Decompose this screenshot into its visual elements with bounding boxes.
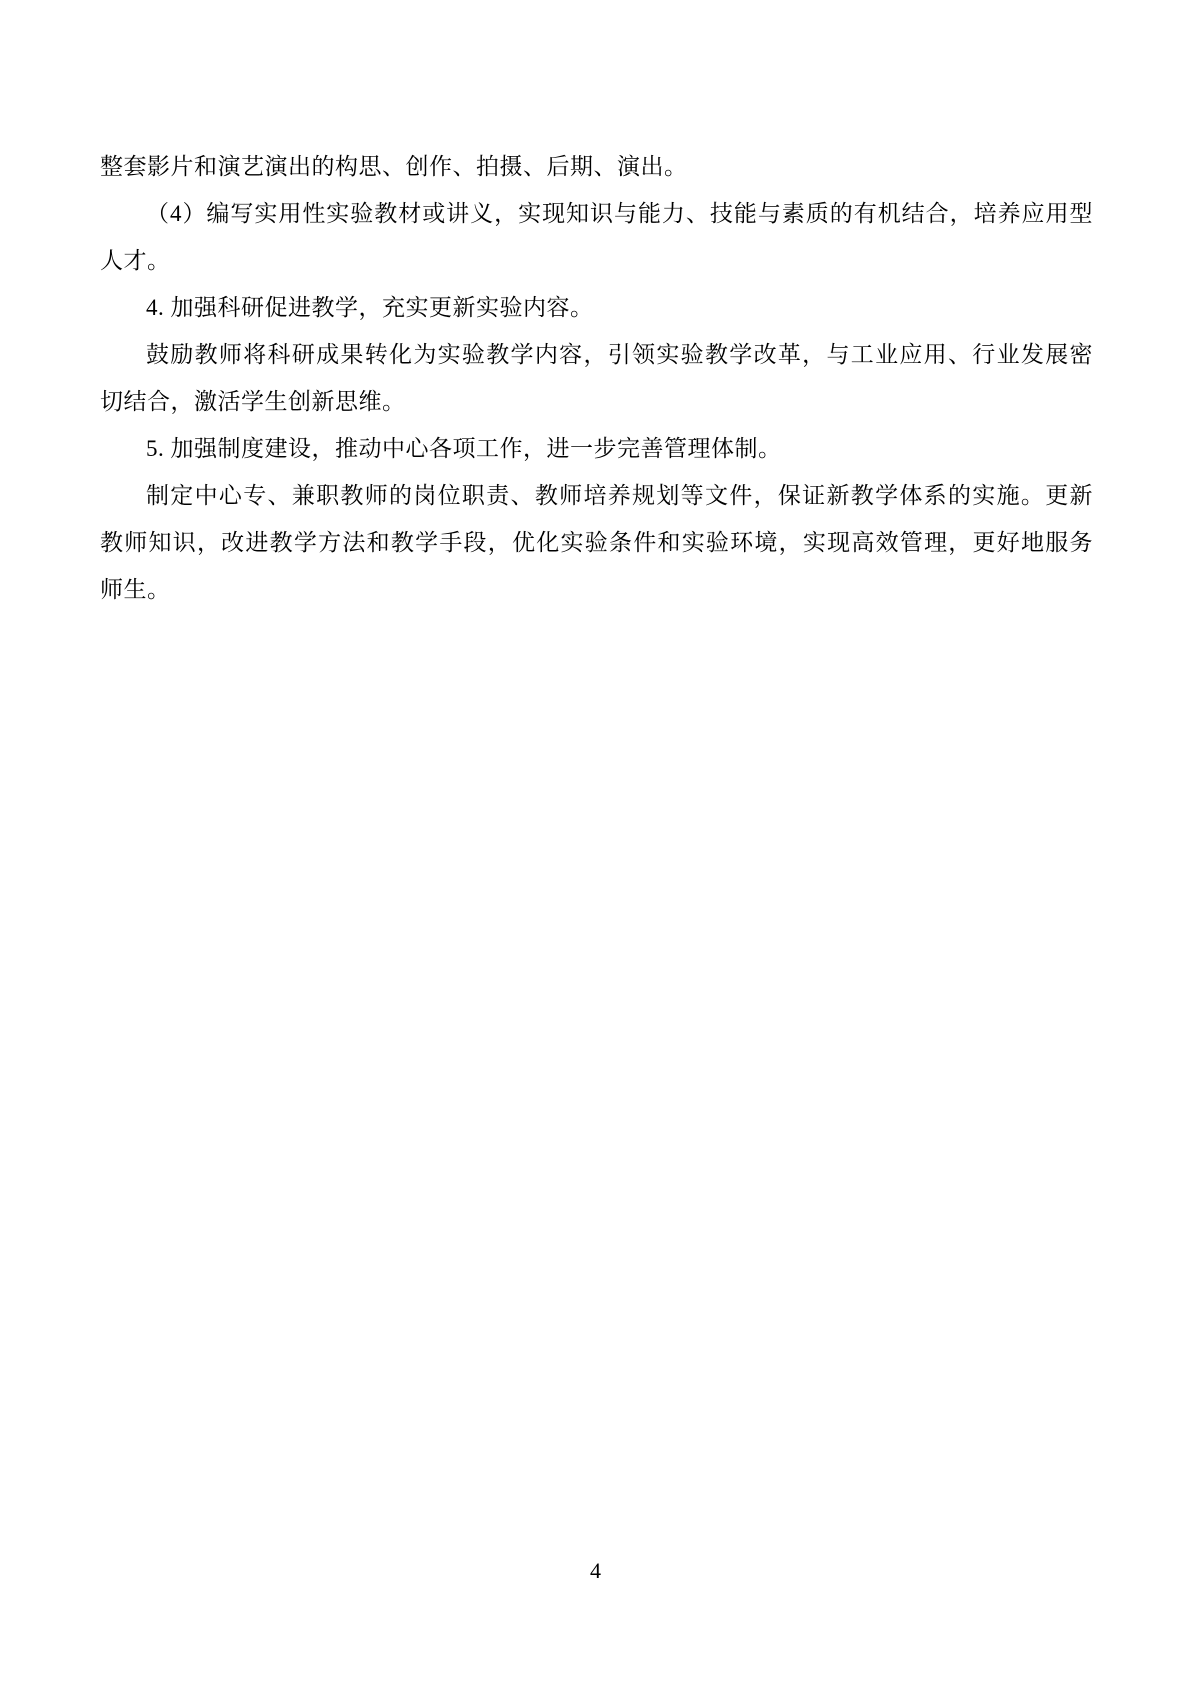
paragraph-line: 人才。	[100, 237, 1093, 284]
paragraph-line: 师生。	[100, 566, 1093, 613]
paragraph-line: 切结合，激活学生创新思维。	[100, 378, 1093, 425]
paragraph-line: 鼓励教师将科研成果转化为实验教学内容，引领实验教学改革，与工业应用、行业发展密	[100, 331, 1093, 378]
paragraph-line: （4）编写实用性实验教材或讲义，实现知识与能力、技能与素质的有机结合，培养应用型	[100, 190, 1093, 237]
document-body: 整套影片和演艺演出的构思、创作、拍摄、后期、演出。 （4）编写实用性实验教材或讲…	[100, 143, 1093, 613]
paragraph-line: 整套影片和演艺演出的构思、创作、拍摄、后期、演出。	[100, 143, 1093, 190]
paragraph-line: 制定中心专、兼职教师的岗位职责、教师培养规划等文件，保证新教学体系的实施。更新	[100, 472, 1093, 519]
paragraph-line: 教师知识，改进教学方法和教学手段，优化实验条件和实验环境，实现高效管理，更好地服…	[100, 519, 1093, 566]
paragraph-line: 4. 加强科研促进教学，充实更新实验内容。	[100, 284, 1093, 331]
page-footer: 4	[0, 1558, 1191, 1584]
document-page: 整套影片和演艺演出的构思、创作、拍摄、后期、演出。 （4）编写实用性实验教材或讲…	[0, 0, 1191, 1684]
paragraph-line: 5. 加强制度建设，推动中心各项工作，进一步完善管理体制。	[100, 425, 1093, 472]
page-number: 4	[590, 1558, 601, 1583]
